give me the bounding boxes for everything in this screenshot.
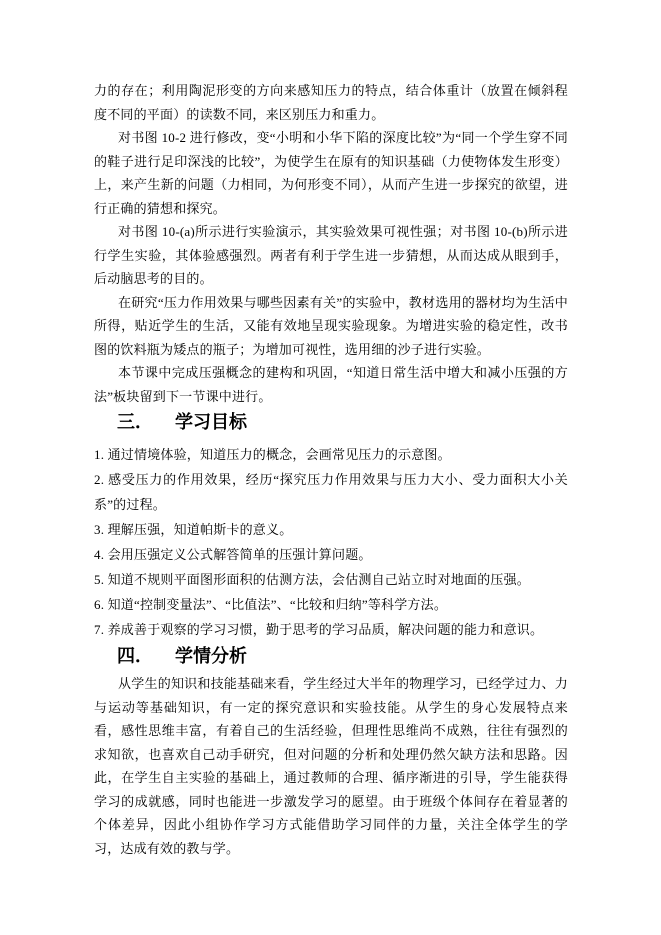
document-page: 力的存在；利用陶泥形变的方向来感知压力的特点，结合体重计（放置在倾斜程度不同的平… xyxy=(0,0,661,935)
section-title-analysis: 学情分析 xyxy=(175,644,247,668)
section-title-goals: 学习目标 xyxy=(175,410,247,434)
goal-item-5: 5. 知道不规则平面图形面积的估测方法，会估测自己站立时对地面的压强。 xyxy=(94,567,568,592)
goal-item-4: 4. 会用压强定义公式解答简单的压强计算问题。 xyxy=(94,542,568,567)
section-heading-student-analysis: 四． 学情分析 xyxy=(117,644,568,668)
section-number-goals: 三． xyxy=(117,410,153,434)
paragraph-lesson-scope: 本节课中完成压强概念的建构和巩固，“知道日常生活中增大和减小压强的方法”板块留到… xyxy=(94,361,568,408)
section-number-analysis: 四． xyxy=(117,644,153,668)
goal-item-7: 7. 养成善于观察的学习习惯，勤于思考的学习品质，解决问题的能力和意识。 xyxy=(94,617,568,642)
section-heading-learning-goals: 三． 学习目标 xyxy=(117,410,568,434)
student-analysis-paragraph: 从学生的知识和技能基础来看，学生经过大半年的物理学习，已经学过力、力与运动等基础… xyxy=(94,672,568,860)
learning-goals-list: 1. 通过情境体验，知道压力的概念，会画常见压力的示意图。 2. 感受压力的作用… xyxy=(94,442,568,642)
goal-item-6: 6. 知道“控制变量法”、“比值法”、“比较和归纳”等科学方法。 xyxy=(94,592,568,617)
goal-item-1: 1. 通过情境体验，知道压力的概念，会画常见压力的示意图。 xyxy=(94,442,568,467)
paragraph-materials: 在研究“压力作用效果与哪些因素有关”的实验中，教材选用的器材均为生活中所得，贴近… xyxy=(94,291,568,362)
paragraph-continuation: 力的存在；利用陶泥形变的方向来感知压力的特点，结合体重计（放置在倾斜程度不同的平… xyxy=(94,79,568,126)
page-content: 力的存在；利用陶泥形变的方向来感知压力的特点，结合体重计（放置在倾斜程度不同的平… xyxy=(0,0,661,860)
goal-item-2: 2. 感受压力的作用效果，经历“探究压力作用效果与压力大小、受力面积大小关系”的… xyxy=(94,467,568,517)
paragraph-textbook-fig10-2: 对书图 10-2 进行修改，变“小明和小华下陷的深度比较”为“同一个学生穿不同的… xyxy=(94,126,568,220)
goal-item-3: 3. 理解压强，知道帕斯卡的意义。 xyxy=(94,517,568,542)
paragraph-experiment-demo: 对书图 10-(a)所示进行实验演示，其实验效果可视性强；对书图 10-(b)所… xyxy=(94,220,568,291)
